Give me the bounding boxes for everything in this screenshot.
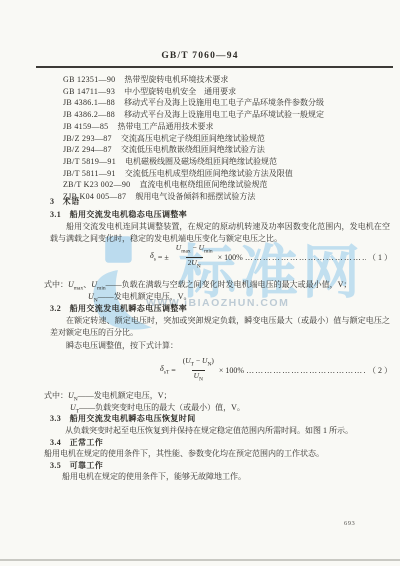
formula-fraction: Umax − Umin 2UN xyxy=(174,243,215,271)
formula-number: （ 2 ） xyxy=(368,365,392,376)
reference-title: 交流高压电机定子绕组匝间绝缘试验规范 xyxy=(121,134,265,143)
reference-title: 电机磁极线圈及磁场绕组匝间绝缘试验规范 xyxy=(125,157,277,166)
formula-1: δs = ± Umax − Umin 2UN × 100% …………………………… xyxy=(0,244,392,270)
formula-part: × 100% xyxy=(219,366,244,375)
scan-bottom-edge xyxy=(0,559,400,561)
reference-title: 直流电机电枢绕组匝间绝缘试验规范 xyxy=(139,180,267,189)
section-3-2-heading: 3.2 船用交流发电机瞬态电压调整率 xyxy=(50,303,187,314)
reference-code: GB 14711—93 xyxy=(63,87,115,96)
formula-part: × 100% xyxy=(218,253,243,262)
reference-item: JB 4386.2—88移动式平台及海上设施用电工电子产品环境试验一般规定 xyxy=(63,109,394,121)
section-3-4-body: 船用电机在规定的使用条件下，其性能、参数变化均在预定范围内的工作状态。 xyxy=(44,448,324,460)
reference-title: 移动式平台及海上设施用电工电子产品环境试验一般规定 xyxy=(124,110,324,119)
reference-title: 移动式平台及海上设施用电工电子产品环境条件参数分级 xyxy=(124,98,324,107)
document-page: 标准网 WWW.iBIAOZHUN.COM GB/T 7060—94 GB 12… xyxy=(0,0,400,566)
formula-1-where-line-2: UN——发电机额定电压，V。 xyxy=(88,291,192,304)
section-3-heading: 3 术语 xyxy=(50,196,80,207)
section-3-1-heading: 3.1 船用交流发电机稳态电压调整率 xyxy=(50,209,187,220)
formula-1-where-line-1: 式中：Umax、Umin——负载在满载与空载之间变化时发电机端电压的最大或最小值… xyxy=(44,279,351,292)
formula-part: δs xyxy=(150,251,156,263)
reference-code: JB/T 5811—91 xyxy=(63,169,116,178)
section-3-3-body: 从负载突变时起至电压恢复到并保持在规定稳定值范围内所需时间。如图 1 所示。 xyxy=(65,425,353,437)
formula-leader-dots: …………………………………………………… xyxy=(246,366,366,375)
section-3-2-calc-note: 瞬态电压调整值，按下式计算： xyxy=(66,340,178,352)
reference-item: GB 12351—90热带型旋转电机环境技术要求 xyxy=(63,74,394,86)
page-number: 693 xyxy=(344,520,355,527)
section-3-2-body: 在额定转速、额定电压时，突加或突卸规定负载，瞬变电压最大（或最小）值与额定电压之… xyxy=(50,315,390,339)
section-3-5-heading: 3.5 可靠工作 xyxy=(50,460,103,471)
reference-item: ZB/T K23 002—90直流电机电枢绕组匝间绝缘试验规范 xyxy=(63,179,394,191)
section-3-5-body: 船用电机在规定的使用条件下，能够无故障地工作。 xyxy=(62,471,246,483)
reference-item: GB 14711—93中小型旋转电机安全 通用要求 xyxy=(63,86,394,98)
reference-item: JB 4159—85热带电工产品通用技术要求 xyxy=(63,121,394,133)
header-rule xyxy=(36,66,393,68)
reference-item: JB/T 5811—91交流低压电机成型绕组匝间绝缘试验方法及限值 xyxy=(63,168,394,180)
standard-code-header: GB/T 7060—94 xyxy=(0,51,400,61)
reference-title: 热带电工产品通用技术要求 xyxy=(117,122,213,131)
reference-item: JB 4386.1—88移动式平台及海上设施用电工电子产品环境条件参数分级 xyxy=(63,97,394,109)
page-content: GB/T 7060—94 GB 12351—90热带型旋转电机环境技术要求 GB… xyxy=(0,0,400,566)
reference-code: JB 4386.2—88 xyxy=(63,110,115,119)
reference-code: GB 12351—90 xyxy=(63,75,115,84)
reference-item: JB/Z 293—87交流高压电机定子绕组匝间绝缘试验规范 xyxy=(63,133,394,145)
reference-title: 交流低压电机成型绕组匝间绝缘试验方法及限值 xyxy=(125,169,293,178)
reference-code: JB 4159—85 xyxy=(63,122,108,131)
reference-code: ZB/T K23 002—90 xyxy=(63,180,130,189)
formula-fraction: (UT − UN) UN xyxy=(181,356,216,384)
reference-code: JB 4386.1—88 xyxy=(63,98,115,107)
reference-title: 中小型旋转电机安全 通用要求 xyxy=(124,87,236,96)
section-3-4-heading: 3.4 正常工作 xyxy=(50,437,103,448)
reference-item: JB/T 5819—91电机磁极线圈及磁场绕组匝间绝缘试验规范 xyxy=(63,156,394,168)
formula-leader-dots: …………………………………………………… xyxy=(245,253,366,262)
reference-code: JB/Z 293—87 xyxy=(63,134,112,143)
reference-title: 交流低压电机散嵌绕组匝间绝缘试验方法 xyxy=(121,145,265,154)
formula-part: = xyxy=(171,366,176,375)
references-list: GB 12351—90热带型旋转电机环境技术要求 GB 14711—93中小型旋… xyxy=(63,74,394,203)
section-3-1-body: 船用交流发电机连同其调整装置，在规定的原动机转速及功率因数变化范围内，发电机在空… xyxy=(50,221,390,245)
reference-title: 舰用电气设备倾斜和摇摆试验方法 xyxy=(135,192,255,201)
formula-2-where-line-1: 式中：UN——发电机额定电压，V； xyxy=(44,390,172,403)
formula-part: δsT xyxy=(160,364,169,376)
reference-code: JB/T 5819—91 xyxy=(63,157,116,166)
formula-2: δsT = (UT − UN) UN × 100% ……………………………………… xyxy=(0,356,392,384)
formula-number: （ 1 ） xyxy=(368,252,392,263)
reference-item: ZJB K04 005—87舰用电气设备倾斜和摇摆试验方法 xyxy=(63,191,394,203)
formula-part: = ± xyxy=(158,253,169,262)
section-3-3-heading: 3.3 船用交流发电机瞬态电压恢复时间 xyxy=(50,413,196,424)
reference-code: JB/Z 294—87 xyxy=(63,145,112,154)
reference-title: 热带型旋转电机环境技术要求 xyxy=(124,75,228,84)
reference-item: JB/Z 294—87交流低压电机散嵌绕组匝间绝缘试验方法 xyxy=(63,144,394,156)
